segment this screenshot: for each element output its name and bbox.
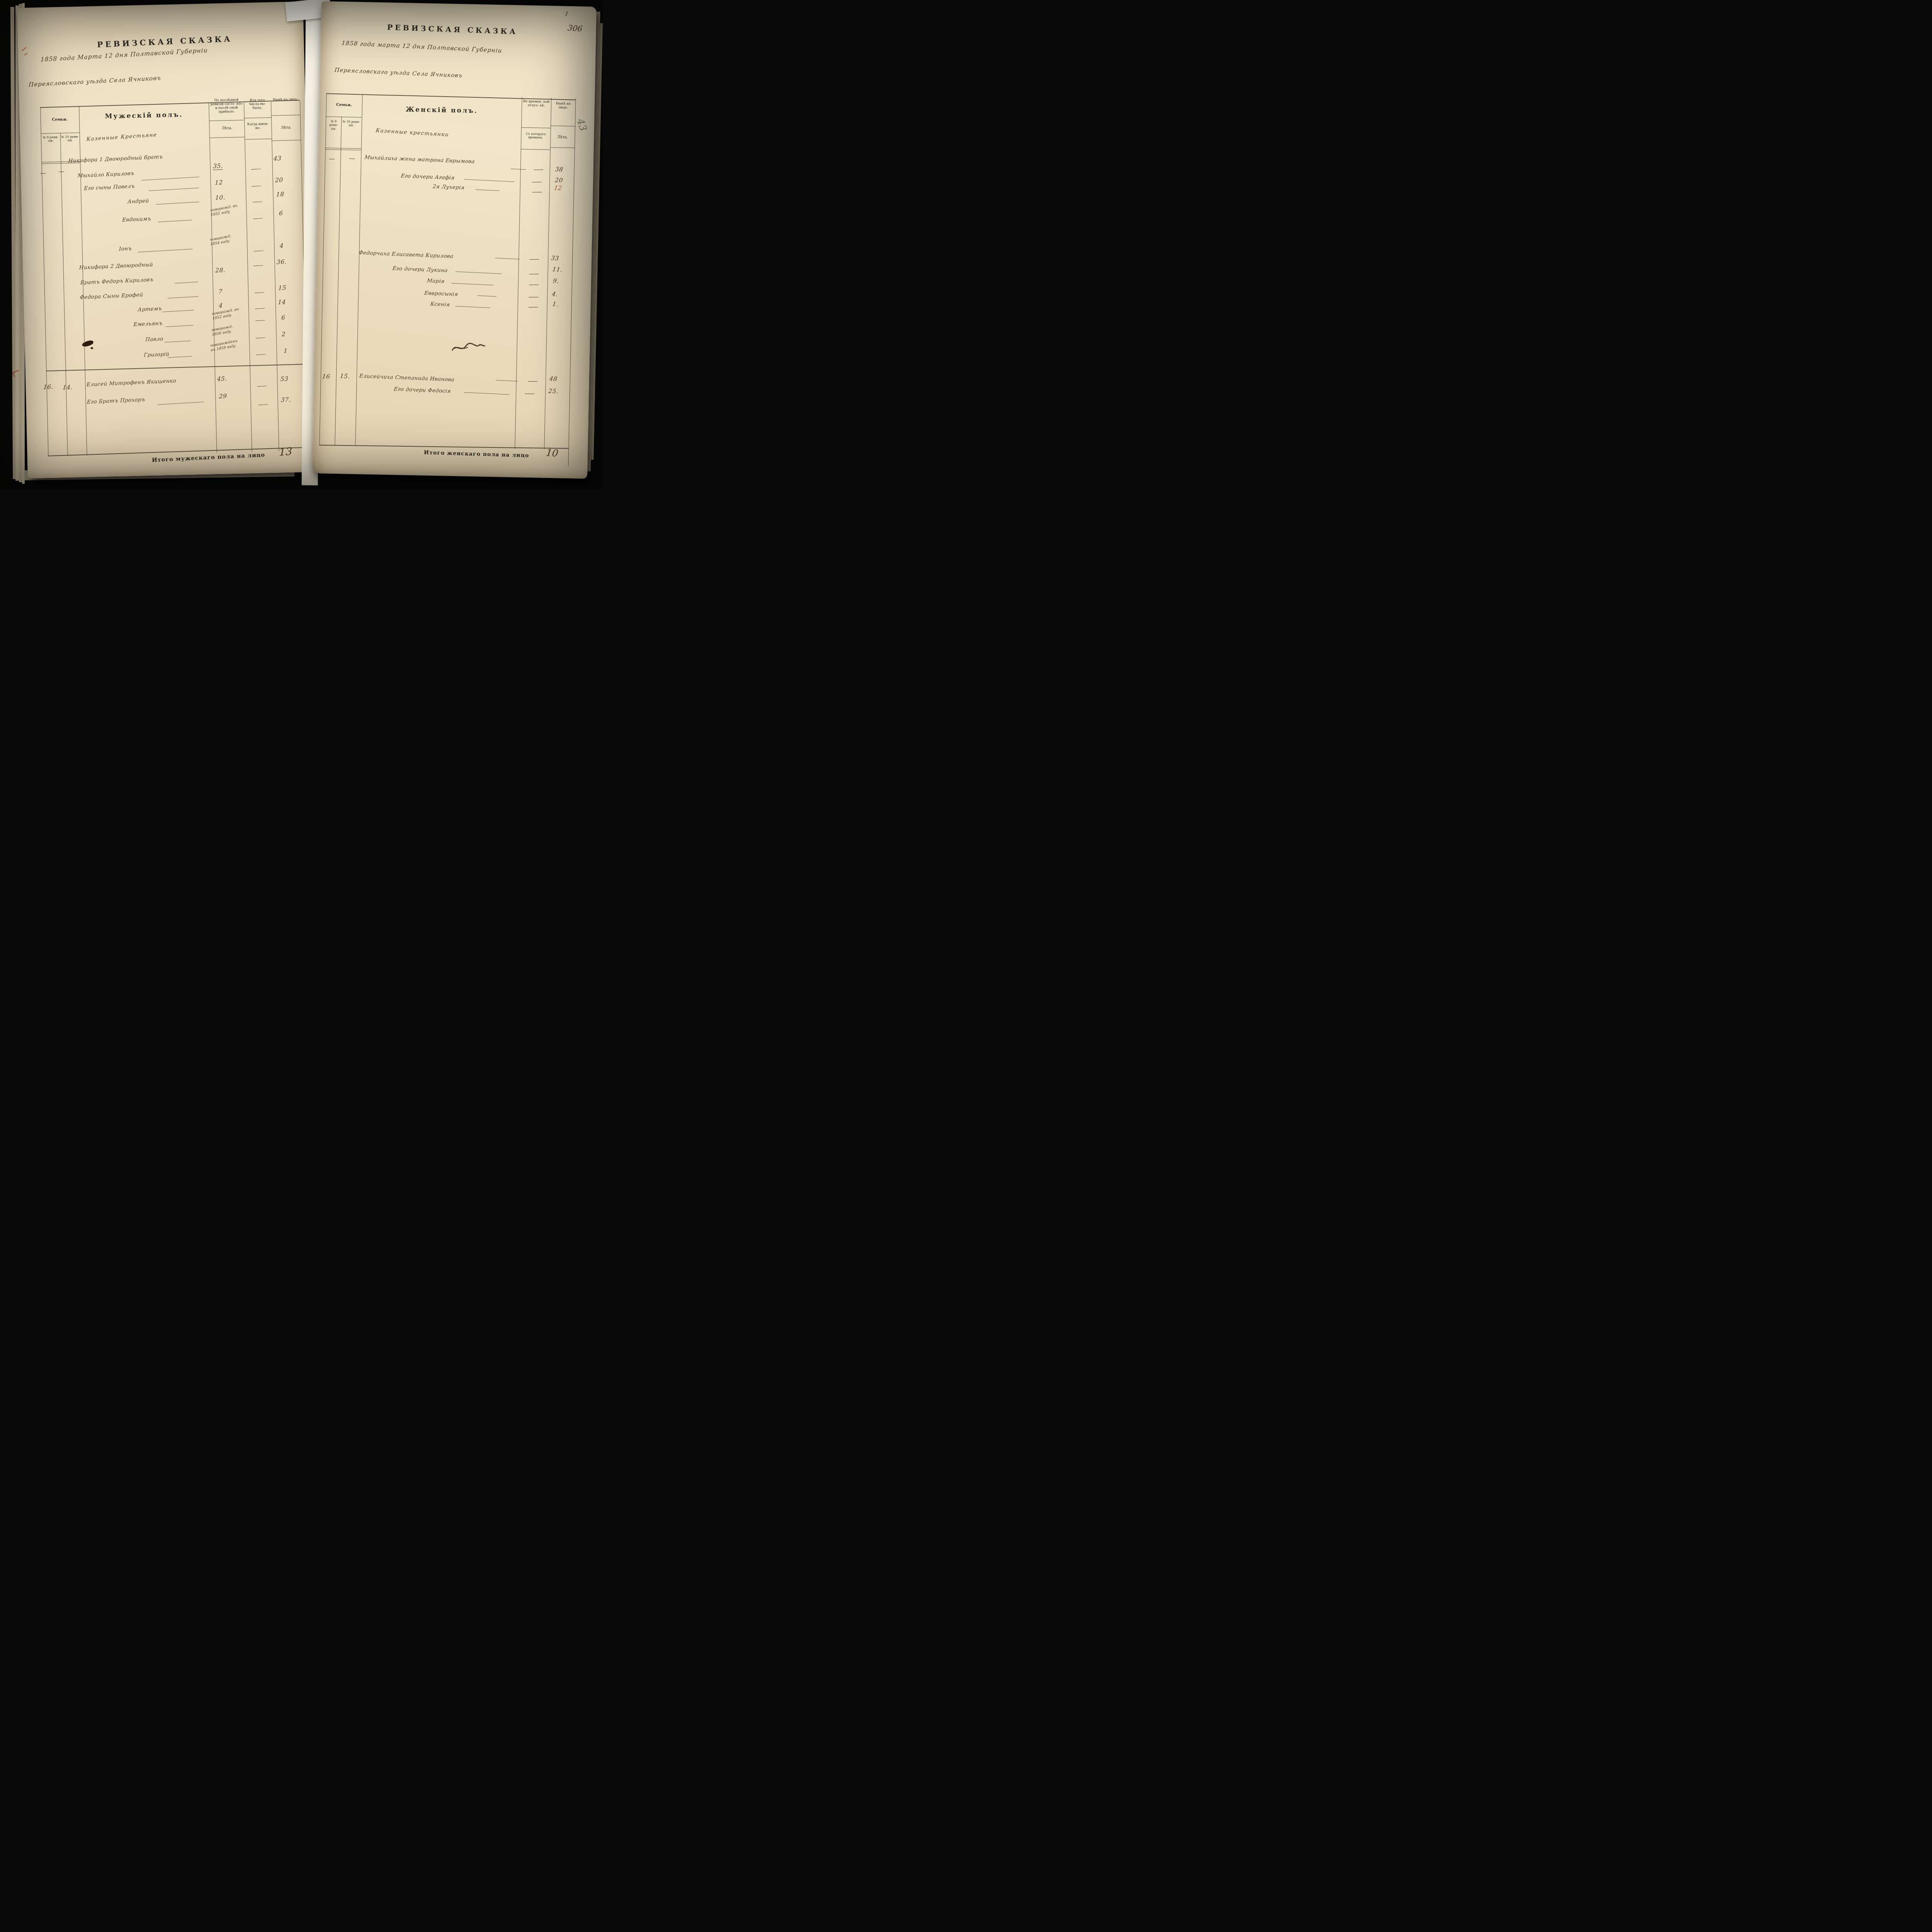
away-mark: — <box>527 378 538 384</box>
family-no-9th-revision: — <box>328 155 335 162</box>
census-row: Марія—9. <box>321 1 597 7</box>
census-row: Федорчиха Елисавета Кирилова—33 <box>321 1 597 7</box>
entry-name: Мыхайлиха жена матрона Еврымова <box>364 154 475 165</box>
away-mark: — <box>533 167 544 173</box>
entry-name: Евдокимъ <box>122 216 151 223</box>
age-last-revision: 12 <box>215 179 223 186</box>
table-rule <box>209 137 245 138</box>
census-row: Его дочери Федосія—25. <box>321 1 597 7</box>
age-now: 37. <box>281 396 291 403</box>
departed-mark: — <box>252 215 264 221</box>
birth-note: новорожд. 1854 году <box>210 232 242 247</box>
entry-name: Ксенія <box>430 301 450 308</box>
age-now: 48 <box>549 375 558 383</box>
departed-mark: — <box>257 401 269 408</box>
column-header-family: Семьи. <box>41 117 79 122</box>
family-no-9th-revision: — <box>40 170 46 177</box>
departed-mark: — <box>256 383 268 389</box>
age-now: 20 <box>275 177 284 184</box>
departed-mark: — <box>254 305 266 311</box>
right-page: РЕВИЗСКАЯ СКАЗКА 1858 года марта 12 дня … <box>312 1 597 479</box>
census-row: 16.14.Елисей Митрофенъ Якишенко45.—53 <box>17 2 303 8</box>
age-now: 4 <box>279 242 284 249</box>
age-last-revision: 7 <box>218 288 223 295</box>
entry-name: Павло <box>145 336 163 343</box>
census-row: 2я Лухерія—12 <box>321 1 597 7</box>
entry-name: 2я Лухерія <box>432 184 465 191</box>
column-header-last-revision: По послѣдней ревизіи состо- яло и послѣ … <box>209 98 244 114</box>
total-label: Итого мужескаго пола на лицо <box>152 452 265 464</box>
column-subheader-since: Съ котораго времени. <box>522 132 549 139</box>
column-header-rev9: № 9 реви- зіи. <box>42 135 60 143</box>
table-rule <box>40 107 49 456</box>
entry-name: Никифора 1 Двоюродный братъ <box>68 154 163 164</box>
departed-mark: — <box>252 199 264 205</box>
age-now: 38 <box>555 166 564 173</box>
age-last-revision: 29 <box>219 393 227 400</box>
ruled-flourish <box>141 177 199 180</box>
departed-mark: — <box>255 351 267 357</box>
age-last-revision: 35. <box>213 162 223 170</box>
table-rule <box>272 140 301 141</box>
ruled-flourish <box>455 271 502 274</box>
total-value: 10 <box>545 447 559 459</box>
red-margin-mark <box>22 47 27 51</box>
entry-name: Его сыны Павелъ <box>84 183 135 192</box>
total-label: Итого женскаго пола на лицо <box>424 449 529 459</box>
entry-name: Григорій <box>144 351 170 358</box>
age-last-revision: 4 <box>219 302 223 309</box>
census-row: Андрей10.—18 <box>17 2 303 8</box>
column-header-present: Нынѣ на лицо. <box>552 102 575 110</box>
table-rule <box>355 94 363 446</box>
table-rule <box>521 149 550 150</box>
age-now: 6 <box>279 210 283 217</box>
entry-name: Его дочери Агафія <box>400 173 455 181</box>
column-header-rev9: № 9 реви- зіи. <box>327 119 341 131</box>
away-mark: — <box>531 179 542 185</box>
away-mark: — <box>528 282 539 288</box>
census-row: Его дочери Агафія—20 <box>321 1 597 7</box>
column-header-sex: Женскій полъ. <box>362 105 522 116</box>
age-last-revision: 28. <box>215 267 226 274</box>
departed-mark: — <box>254 289 265 296</box>
census-row: Еввросынія—4. <box>321 1 597 7</box>
table-rule <box>60 133 68 456</box>
table-rule <box>551 126 575 127</box>
column-subheader-years-now: Лѣта. <box>272 125 300 130</box>
ruled-flourish <box>495 258 520 259</box>
departed-mark: — <box>251 183 262 189</box>
age-now: 4. <box>551 291 558 298</box>
ruled-flourish <box>158 402 204 405</box>
page-title: РЕВИЗСКАЯ СКАЗКА <box>64 33 265 51</box>
entry-name: Братъ Федоръ Кириловъ <box>80 277 154 286</box>
table-rule <box>245 139 272 140</box>
age-now: 11. <box>552 266 563 273</box>
age-now: 9. <box>553 277 560 285</box>
ruled-flourish <box>476 189 500 191</box>
ruled-flourish <box>162 310 194 312</box>
ruled-flourish <box>167 356 192 358</box>
family-no-10th-revision: — <box>58 168 65 175</box>
table-rule <box>325 148 361 149</box>
book-scan: 1 РЕВИЗСКАЯ СКАЗКА 1858 года Марта 12 дн… <box>0 0 603 489</box>
ruled-flourish <box>166 325 194 327</box>
table-rule <box>319 445 568 449</box>
table-rule <box>319 93 327 445</box>
category-handwritten: Казенные Крестьяне <box>86 132 157 143</box>
column-header-sex: Мужескій полъ. <box>79 110 209 121</box>
table-rule <box>271 102 279 451</box>
age-now: 12 <box>554 184 563 192</box>
family-no-10th-revision: 14. <box>63 384 73 391</box>
census-row: Артемъ4—14 <box>17 2 303 8</box>
entry-name: Еввросынія <box>424 290 458 297</box>
entry-name: Его дочери Федосія <box>393 386 451 395</box>
away-mark: — <box>532 189 543 195</box>
table-rule <box>327 93 576 100</box>
birth-note: новорожд. въ 1852 году <box>210 203 243 218</box>
census-row: 1615.Елисейчиха Степанида Иванова—48 <box>321 1 597 7</box>
census-row: Ксенія—1. <box>321 1 597 7</box>
ruled-flourish <box>496 380 518 381</box>
census-row: Его Братъ Прохоръ29—37. <box>17 2 303 8</box>
ruled-flourish <box>456 306 490 308</box>
age-now: 1. <box>552 301 559 308</box>
page-title: РЕВИЗСКАЯ СКАЗКА <box>356 22 549 37</box>
place-line: Переясловскаго уѣзда Села Ячниковъ <box>29 75 161 88</box>
column-subheader-when: Когда имен- но. <box>245 122 270 131</box>
ruled-flourish <box>511 168 526 170</box>
departed-mark: — <box>252 262 264 269</box>
entry-name: Его дочери Лукина <box>392 265 448 274</box>
census-row: Евдокимъноворожд. въ 1852 году—6 <box>17 2 303 8</box>
ruled-flourish <box>165 340 191 342</box>
category-handwritten: Казенные крестьянки <box>375 128 449 138</box>
ruled-flourish <box>477 296 497 297</box>
away-mark: — <box>524 391 535 396</box>
column-subheader-years: Лѣта. <box>210 126 244 131</box>
date-line: 1858 года марта 12 дня Полтавской Губерн… <box>341 39 503 54</box>
table-rule <box>335 117 342 445</box>
age-now: 14 <box>278 299 286 306</box>
table-rule <box>325 149 361 150</box>
age-now: 33 <box>551 255 560 262</box>
entry-name: Федорчиха Елисавета Кирилова <box>358 250 454 260</box>
table-rule <box>544 98 552 449</box>
census-row: Федора Сыны Ерофей7—15 <box>17 2 303 8</box>
census-row: Павлоноворожд. 1856 году—2 <box>17 2 303 8</box>
ink-blot <box>90 347 93 349</box>
family-no-9th-revision: 16. <box>43 383 54 391</box>
away-mark: — <box>528 294 539 300</box>
table-rule <box>550 147 575 148</box>
age-now: 2 <box>282 331 286 338</box>
table-rule <box>521 127 551 128</box>
entry-name: Марія <box>427 278 445 285</box>
ruled-flourish <box>149 188 199 191</box>
age-now: 25. <box>548 388 559 395</box>
census-row: ——Мыхайлиха жена матрона Еврымова—38 <box>321 1 597 7</box>
away-mark: — <box>528 271 539 277</box>
entry-name: Андрей <box>128 198 149 205</box>
ruled-flourish <box>138 249 193 253</box>
column-header-family: Семьи. <box>326 102 362 108</box>
departed-mark: — <box>250 166 262 172</box>
census-row: Іонъноворожд. 1854 году—4 <box>17 2 303 8</box>
ruled-flourish <box>464 392 509 395</box>
census-row: ——Никифора 1 Двоюродный братъМыхайло Кир… <box>17 2 303 8</box>
column-header-away: Во времен- ной отлуч- кѣ. <box>522 99 550 107</box>
age-last-revision: 45. <box>217 375 227 383</box>
page-number-ink: 306 <box>567 23 583 34</box>
entry-name: Іонъ <box>119 245 132 252</box>
entry-name: Никифора 2 Двоюродный <box>79 262 153 271</box>
birth-note: новорожд. въ 1852 году <box>212 306 244 321</box>
family-no-10th-revision: 15. <box>340 372 350 380</box>
entry-name: Емельянъ <box>133 320 163 328</box>
ink-blot <box>82 340 94 347</box>
entry-name: Федора Сыны Ерофей <box>80 292 143 301</box>
birth-note: новорожденъ въ 1858 году <box>210 338 243 353</box>
column-header-rev10: № 10 реви- зіи. <box>61 135 79 143</box>
departed-mark: — <box>253 248 264 254</box>
away-mark: — <box>528 304 539 310</box>
age-now: 43 <box>273 155 282 162</box>
sheet-number-pencil: 43 <box>575 117 589 133</box>
census-row: Емельянъноворожд. въ 1852 году—6 <box>17 2 303 8</box>
age-now: 1 <box>284 347 288 354</box>
table-rule <box>568 98 576 466</box>
entry-name: Мыхайло Кириловъ <box>77 170 134 179</box>
departed-mark: — <box>255 317 266 323</box>
age-now: 20 <box>554 177 563 184</box>
ink-scribble <box>451 340 486 355</box>
ruled-flourish <box>167 296 198 299</box>
entry-name: Артемъ <box>138 306 162 313</box>
away-mark: — <box>529 257 540 262</box>
column-header-departed: Изъ того числа вы- было. <box>245 98 270 111</box>
column-subheader-years-now: Лѣта. <box>551 135 574 139</box>
entry-name: Его Братъ Прохоръ <box>87 396 145 405</box>
birth-note: новорожд. 1856 году <box>211 323 244 338</box>
column-header-rev10: № 10 реви- зіи. <box>342 120 361 128</box>
age-now: 53 <box>280 375 289 383</box>
age-now: 15 <box>278 284 287 291</box>
departed-mark: — <box>255 335 267 341</box>
census-row: Григорійноворожденъ въ 1858 году—1 <box>17 2 303 8</box>
table-rule <box>209 120 244 121</box>
table-rule <box>244 102 252 452</box>
ruled-flourish <box>451 283 494 285</box>
table-rule <box>326 116 362 117</box>
census-row: Никифора 2 ДвоюродныйБратъ Федоръ Кирило… <box>17 2 303 8</box>
age-now: 36. <box>276 258 287 265</box>
ruled-flourish <box>156 202 199 205</box>
red-margin-mark <box>24 53 28 56</box>
table-rule <box>515 97 522 449</box>
family-no-10th-revision: — <box>349 155 355 162</box>
family-no-9th-revision: 16 <box>322 373 331 380</box>
place-line: Переясловскаго уѣзда Села Ячниковъ <box>334 67 463 79</box>
entry-name: Елисей Митрофенъ Якишенко <box>87 378 177 388</box>
entry-name: Елисейчиха Степанида Иванова <box>359 373 455 383</box>
age-last-revision: 10. <box>215 194 226 201</box>
table-rule <box>271 115 300 116</box>
table-rule <box>244 117 271 119</box>
age-now: 18 <box>276 191 284 198</box>
ruled-flourish <box>464 179 514 182</box>
table-rule <box>209 103 217 452</box>
left-page: РЕВИЗСКАЯ СКАЗКА 1858 года Марта 12 дня … <box>17 2 313 478</box>
ruled-flourish <box>158 220 192 222</box>
age-now: 6 <box>281 314 286 321</box>
census-row: Его дочери Лукина—11. <box>321 1 597 7</box>
census-row: Его сыны Павелъ12—20 <box>17 2 303 8</box>
ruled-flourish <box>175 282 198 284</box>
